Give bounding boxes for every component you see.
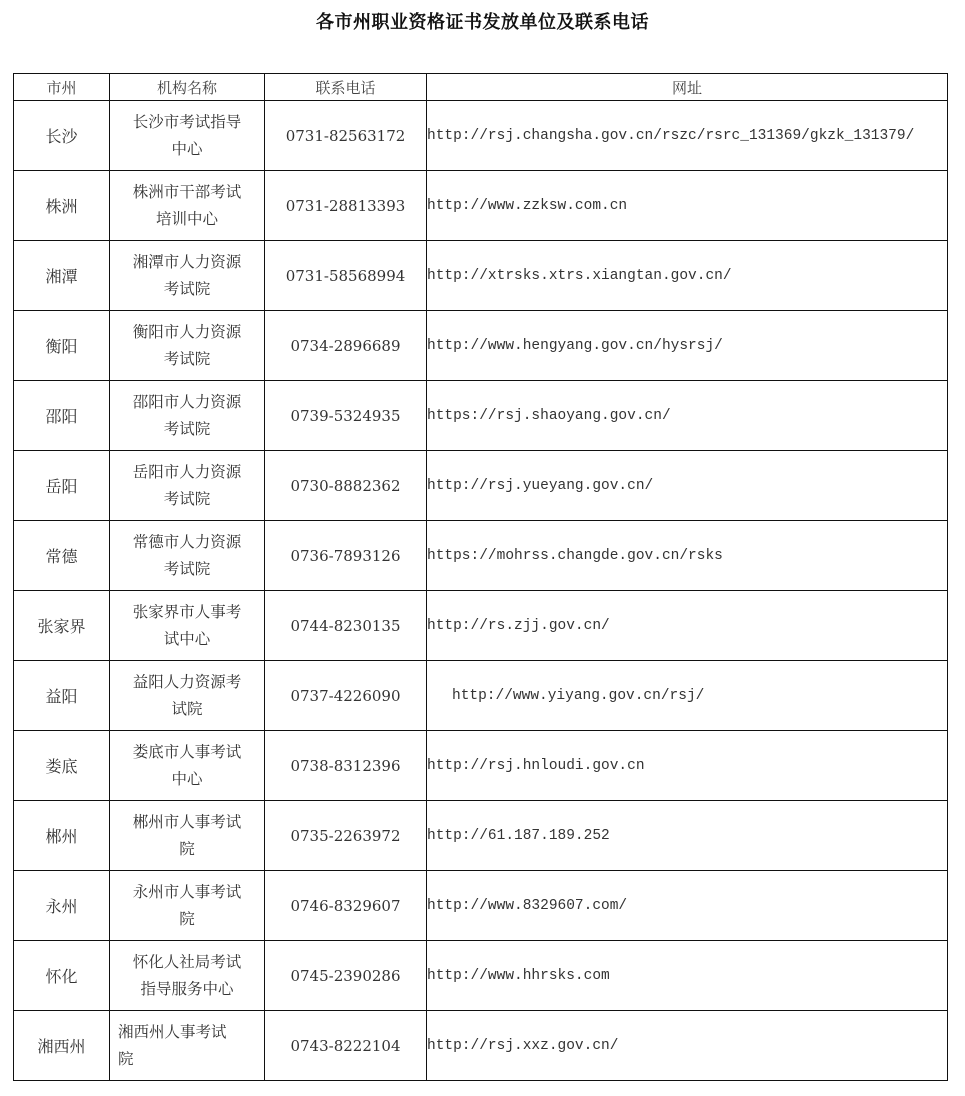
phone-cell: 0731-82563172 (265, 101, 427, 171)
phone-cell: 0743-8222104 (265, 1011, 427, 1081)
city-cell: 永州 (14, 871, 110, 941)
url-cell: https://mohrss.changde.gov.cn/rsks (427, 521, 948, 591)
org-cell: 益阳人力资源考试院 (110, 661, 265, 731)
org-name-line1: 张家界市人事考 (133, 603, 242, 621)
city-cell: 株洲 (14, 171, 110, 241)
org-name-line1: 娄底市人事考试 (133, 743, 242, 761)
table-row: 长沙 长沙市考试指导中心 0731-82563172 http://rsj.ch… (14, 101, 948, 171)
phone-cell: 0730-8882362 (265, 451, 427, 521)
website-link[interactable]: http://www.yiyang.gov.cn/rsj/ (452, 688, 704, 704)
table-row: 湘西州 湘西州人事考试院 0743-8222104 http://rsj.xxz… (14, 1011, 948, 1081)
url-cell: http://www.hengyang.gov.cn/hysrsj/ (427, 311, 948, 381)
table-row: 娄底 娄底市人事考试中心 0738-8312396 http://rsj.hnl… (14, 731, 948, 801)
org-name-line1: 永州市人事考试 (133, 883, 242, 901)
org-name-line2: 考试院 (164, 420, 211, 438)
table-row: 常德 常德市人力资源考试院 0736-7893126 https://mohrs… (14, 521, 948, 591)
url-cell: http://www.hhrsks.com (427, 941, 948, 1011)
org-cell: 湘潭市人力资源考试院 (110, 241, 265, 311)
org-name-line2: 中心 (171, 140, 202, 158)
header-city: 市州 (14, 74, 110, 101)
phone-cell: 0735-2263972 (265, 801, 427, 871)
org-cell: 邵阳市人力资源考试院 (110, 381, 265, 451)
org-cell: 衡阳市人力资源考试院 (110, 311, 265, 381)
website-link[interactable]: http://www.hhrsks.com (427, 968, 610, 984)
city-cell: 长沙 (14, 101, 110, 171)
org-name-line1: 长沙市考试指导 (133, 113, 242, 131)
website-link[interactable]: http://www.8329607.com/ (427, 898, 627, 914)
org-name-line2: 考试院 (164, 490, 211, 508)
org-name-line1: 益阳人力资源考 (133, 673, 242, 691)
website-link[interactable]: http://xtrsks.xtrs.xiangtan.gov.cn/ (427, 268, 732, 284)
org-name-line2: 考试院 (164, 350, 211, 368)
org-name-line2: 指导服务中心 (140, 980, 233, 998)
org-cell: 张家界市人事考试中心 (110, 591, 265, 661)
website-link[interactable]: https://mohrss.changde.gov.cn/rsks (427, 548, 723, 564)
phone-cell: 0744-8230135 (265, 591, 427, 661)
city-cell: 郴州 (14, 801, 110, 871)
website-link[interactable]: http://61.187.189.252 (427, 828, 610, 844)
url-cell: http://rsj.yueyang.gov.cn/ (427, 451, 948, 521)
website-link[interactable]: https://rsj.shaoyang.gov.cn/ (427, 408, 671, 424)
header-org: 机构名称 (110, 74, 265, 101)
city-cell: 湘潭 (14, 241, 110, 311)
org-name-line1: 衡阳市人力资源 (133, 323, 242, 341)
city-cell: 邵阳 (14, 381, 110, 451)
table-row: 衡阳 衡阳市人力资源考试院 0734-2896689 http://www.he… (14, 311, 948, 381)
contact-table: 市州 机构名称 联系电话 网址 长沙 长沙市考试指导中心 0731-825631… (13, 73, 948, 1081)
website-link[interactable]: http://rsj.yueyang.gov.cn/ (427, 478, 653, 494)
org-cell: 永州市人事考试院 (110, 871, 265, 941)
org-name-line1: 株洲市干部考试 (133, 183, 242, 201)
org-cell: 岳阳市人力资源考试院 (110, 451, 265, 521)
org-name-line1: 岳阳市人力资源 (133, 463, 242, 481)
table-header-row: 市州 机构名称 联系电话 网址 (14, 74, 948, 101)
table-row: 株洲 株洲市干部考试培训中心 0731-28813393 http://www.… (14, 171, 948, 241)
org-cell: 娄底市人事考试中心 (110, 731, 265, 801)
url-cell: http://www.zzksw.com.cn (427, 171, 948, 241)
city-cell: 张家界 (14, 591, 110, 661)
org-name-line2: 试中心 (164, 630, 211, 648)
website-link[interactable]: http://rs.zjj.gov.cn/ (427, 618, 610, 634)
phone-cell: 0736-7893126 (265, 521, 427, 591)
phone-cell: 0738-8312396 (265, 731, 427, 801)
phone-cell: 0746-8329607 (265, 871, 427, 941)
org-name-line1: 湘潭市人力资源 (133, 253, 242, 271)
url-cell: http://rs.zjj.gov.cn/ (427, 591, 948, 661)
org-name-line2: 中心 (171, 770, 202, 788)
url-cell: http://rsj.hnloudi.gov.cn (427, 731, 948, 801)
org-name-line2: 院 (179, 840, 195, 858)
phone-cell: 0737-4226090 (265, 661, 427, 731)
table-row: 湘潭 湘潭市人力资源考试院 0731-58568994 http://xtrsk… (14, 241, 948, 311)
org-name-line1: 郴州市人事考试 (133, 813, 242, 831)
city-cell: 怀化 (14, 941, 110, 1011)
phone-cell: 0745-2390286 (265, 941, 427, 1011)
table-row: 岳阳 岳阳市人力资源考试院 0730-8882362 http://rsj.yu… (14, 451, 948, 521)
phone-cell: 0731-58568994 (265, 241, 427, 311)
document-title: 各市州职业资格证书发放单位及联系电话 (0, 10, 965, 36)
org-name-line2: 院 (118, 1050, 134, 1068)
city-cell: 衡阳 (14, 311, 110, 381)
table-row: 邵阳 邵阳市人力资源考试院 0739-5324935 https://rsj.s… (14, 381, 948, 451)
table-row: 怀化 怀化人社局考试指导服务中心 0745-2390286 http://www… (14, 941, 948, 1011)
org-cell: 郴州市人事考试院 (110, 801, 265, 871)
url-cell: http://61.187.189.252 (427, 801, 948, 871)
city-cell: 娄底 (14, 731, 110, 801)
url-cell: http://rsj.changsha.gov.cn/rszc/rsrc_131… (427, 101, 948, 171)
org-cell: 常德市人力资源考试院 (110, 521, 265, 591)
org-name-line2: 考试院 (164, 560, 211, 578)
website-link[interactable]: http://rsj.xxz.gov.cn/ (427, 1038, 618, 1054)
website-link[interactable]: http://www.zzksw.com.cn (427, 198, 627, 214)
website-link[interactable]: http://www.hengyang.gov.cn/hysrsj/ (427, 338, 723, 354)
table-row: 益阳 益阳人力资源考试院 0737-4226090 http://www.yiy… (14, 661, 948, 731)
org-cell: 株洲市干部考试培训中心 (110, 171, 265, 241)
website-link[interactable]: http://rsj.hnloudi.gov.cn (427, 758, 645, 774)
org-name-line1: 邵阳市人力资源 (133, 393, 242, 411)
org-name-line2: 院 (179, 910, 195, 928)
city-cell: 岳阳 (14, 451, 110, 521)
org-name-line2: 试院 (171, 700, 202, 718)
header-url: 网址 (427, 74, 948, 101)
phone-cell: 0731-28813393 (265, 171, 427, 241)
phone-cell: 0739-5324935 (265, 381, 427, 451)
org-name-line1: 湘西州人事考试 (118, 1023, 227, 1041)
url-cell: http://rsj.xxz.gov.cn/ (427, 1011, 948, 1081)
url-cell: http://xtrsks.xtrs.xiangtan.gov.cn/ (427, 241, 948, 311)
header-phone: 联系电话 (265, 74, 427, 101)
org-name-line1: 常德市人力资源 (133, 533, 242, 551)
city-cell: 湘西州 (14, 1011, 110, 1081)
url-cell: https://rsj.shaoyang.gov.cn/ (427, 381, 948, 451)
url-cell: http://www.yiyang.gov.cn/rsj/ (427, 661, 948, 731)
url-cell: http://www.8329607.com/ (427, 871, 948, 941)
table-row: 张家界 张家界市人事考试中心 0744-8230135 http://rs.zj… (14, 591, 948, 661)
org-cell: 湘西州人事考试院 (110, 1011, 265, 1081)
org-cell: 怀化人社局考试指导服务中心 (110, 941, 265, 1011)
city-cell: 常德 (14, 521, 110, 591)
table-row: 永州 永州市人事考试院 0746-8329607 http://www.8329… (14, 871, 948, 941)
website-link[interactable]: http://rsj.changsha.gov.cn/rszc/rsrc_131… (427, 128, 914, 144)
org-cell: 长沙市考试指导中心 (110, 101, 265, 171)
org-name-line1: 怀化人社局考试 (133, 953, 242, 971)
org-name-line2: 培训中心 (156, 210, 218, 228)
table-row: 郴州 郴州市人事考试院 0735-2263972 http://61.187.1… (14, 801, 948, 871)
phone-cell: 0734-2896689 (265, 311, 427, 381)
city-cell: 益阳 (14, 661, 110, 731)
org-name-line2: 考试院 (164, 280, 211, 298)
